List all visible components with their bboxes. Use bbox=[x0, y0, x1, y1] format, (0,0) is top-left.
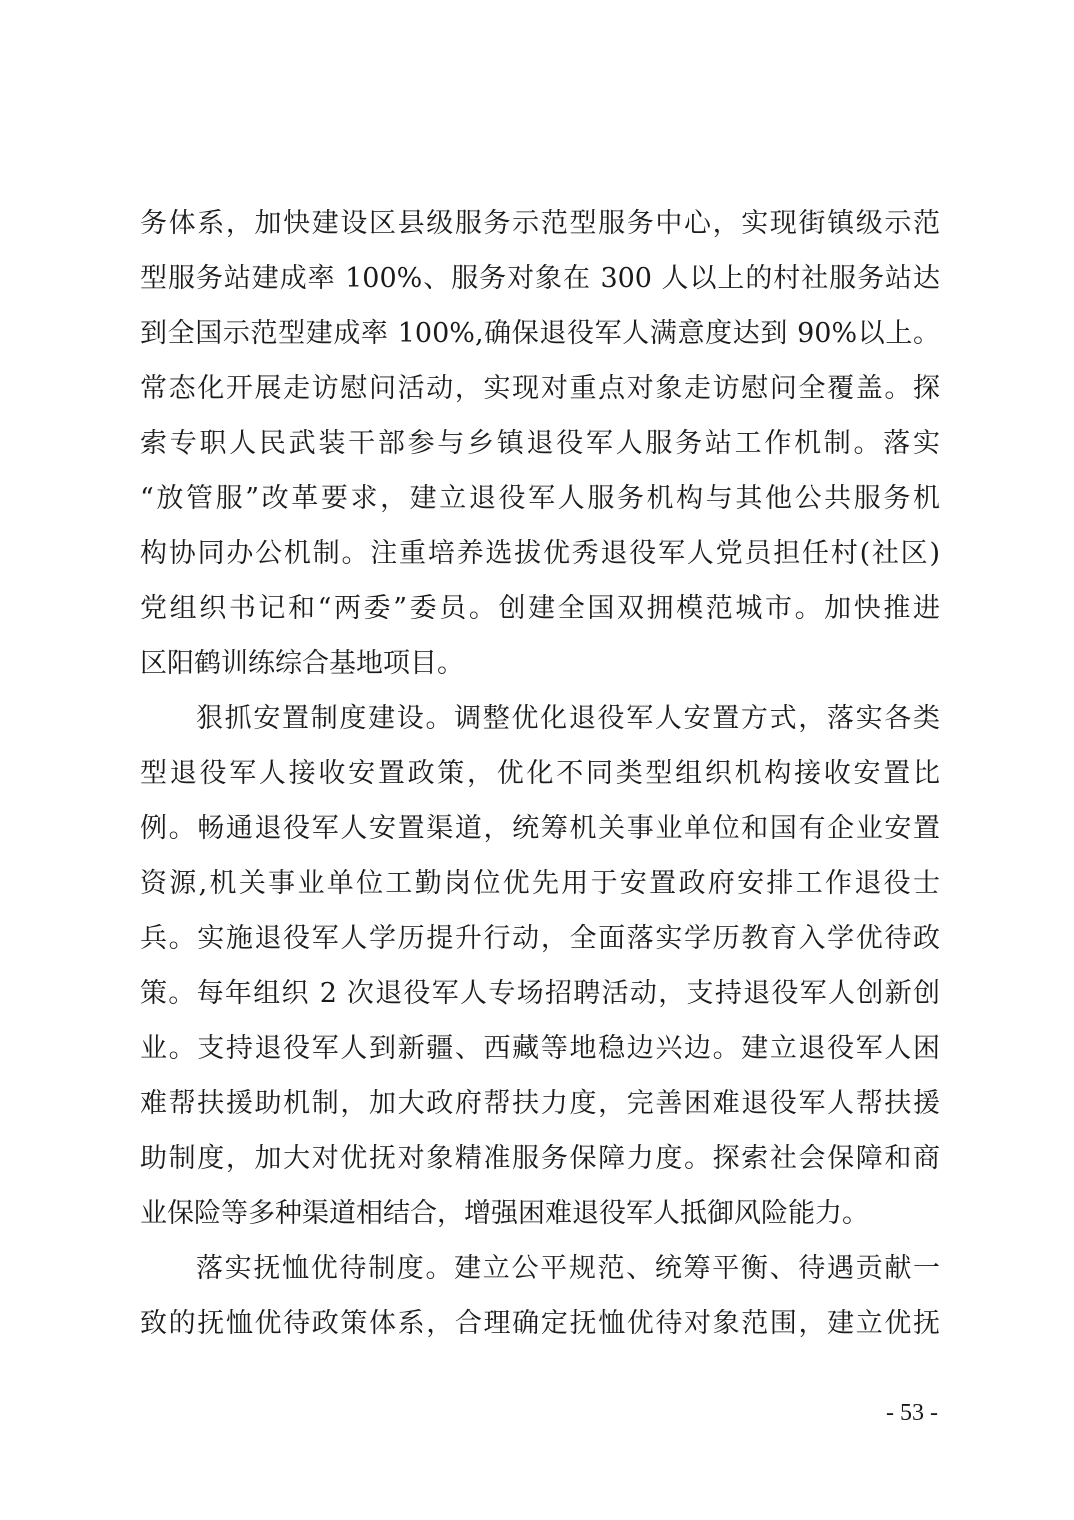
text-line: 区阳鹤训练综合基地项目。 bbox=[140, 644, 940, 684]
text-line: 构协同办公机制。注重培养选拔优秀退役军人党员担任村(社区) bbox=[140, 534, 940, 574]
text-line: 落实抚恤优待制度。建立公平规范、统筹平衡、待遇贡献一 bbox=[196, 1249, 940, 1289]
text-line: 狠抓安置制度建设。调整优化退役军人安置方式，落实各类 bbox=[196, 699, 940, 739]
text-line: 型退役军人接收安置政策，优化不同类型组织机构接收安置比 bbox=[140, 754, 940, 794]
text-line: 务体系，加快建设区县级服务示范型服务中心，实现街镇级示范 bbox=[140, 204, 940, 244]
text-line: 型服务站建成率 100%、服务对象在 300 人以上的村社服务站达 bbox=[140, 259, 940, 299]
text-line: 例。畅通退役军人安置渠道，统筹机关事业单位和国有企业安置 bbox=[140, 809, 940, 849]
text-line: 助制度，加大对优抚对象精准服务保障力度。探索社会保障和商 bbox=[140, 1139, 940, 1179]
text-line: 难帮扶援助机制，加大政府帮扶力度，完善困难退役军人帮扶援 bbox=[140, 1084, 940, 1124]
text-line: 常态化开展走访慰问活动，实现对重点对象走访慰问全覆盖。探 bbox=[140, 369, 940, 409]
text-line: “放管服”改革要求，建立退役军人服务机构与其他公共服务机 bbox=[140, 479, 940, 519]
text-line: 资源,机关事业单位工勤岗位优先用于安置政府安排工作退役士 bbox=[140, 864, 940, 904]
page-number: - 53 - bbox=[886, 1398, 938, 1428]
text-line: 索专职人民武装干部参与乡镇退役军人服务站工作机制。落实 bbox=[140, 424, 940, 464]
text-line: 兵。实施退役军人学历提升行动，全面落实学历教育入学优待政 bbox=[140, 919, 940, 959]
text-line: 党组织书记和“两委”委员。创建全国双拥模范城市。加快推进 bbox=[140, 589, 940, 629]
text-line: 策。每年组织 2 次退役军人专场招聘活动，支持退役军人创新创 bbox=[140, 974, 940, 1014]
document-page: 务体系，加快建设区县级服务示范型服务中心，实现街镇级示范 型服务站建成率 100… bbox=[0, 0, 1074, 1520]
text-line: 到全国示范型建成率 100%,确保退役军人满意度达到 90%以上。 bbox=[140, 314, 940, 354]
text-line: 致的抚恤优待政策体系，合理确定抚恤优待对象范围，建立优抚 bbox=[140, 1304, 940, 1344]
text-line: 业保险等多种渠道相结合，增强困难退役军人抵御风险能力。 bbox=[140, 1194, 940, 1234]
text-line: 业。支持退役军人到新疆、西藏等地稳边兴边。建立退役军人困 bbox=[140, 1029, 940, 1069]
